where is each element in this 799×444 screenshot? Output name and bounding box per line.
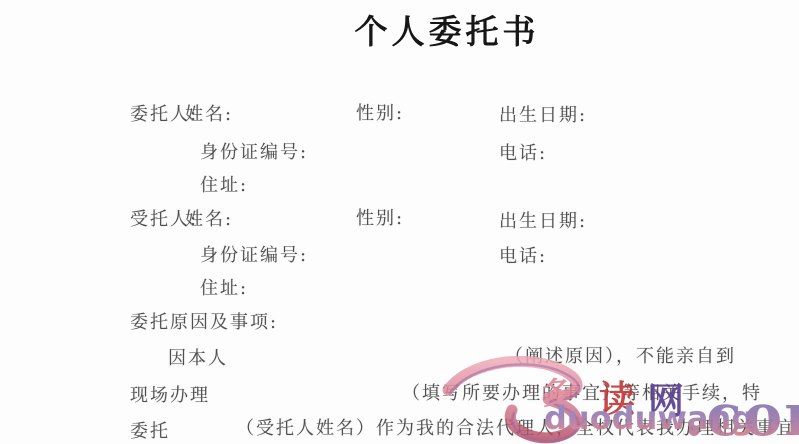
trustee-id-number-label: 身份证编号:: [200, 241, 308, 267]
matters-line1-lead: 因本人: [168, 344, 228, 370]
trustee-birthdate-label: 出生日期:: [499, 207, 587, 233]
principal-birthdate-label: 出生日期:: [499, 101, 587, 127]
principal-name-label: 姓名:: [185, 100, 233, 126]
power-of-attorney-document: 个人委托书 委托人: 姓名: 性别: 出生日期: 身份证编号: 电话: 住址: …: [0, 0, 799, 444]
trustee-gender-label: 性别:: [356, 204, 404, 230]
matters-heading: 委托原因及事项:: [130, 308, 278, 334]
trustee-name-label: 姓名:: [185, 205, 233, 231]
document-title: 个人委托书: [0, 6, 799, 53]
principal-id-number-label: 身份证编号:: [200, 138, 308, 164]
trustee-phone-label: 电话:: [499, 242, 547, 268]
matters-line2-tail: （填写所要办理的事宜）等相关手续，特: [402, 379, 762, 405]
principal-address-label: 住址:: [200, 171, 248, 197]
principal-gender-label: 性别:: [356, 99, 404, 125]
trustee-address-label: 住址:: [200, 274, 248, 300]
principal-phone-label: 电话:: [499, 139, 547, 165]
matters-line3-lead: 委托: [130, 417, 170, 443]
matters-line3-tail: （受托人姓名）作为我的合法代理人，全权代表我办理相关事宜: [236, 414, 796, 440]
matters-line2-lead: 现场办理: [130, 381, 210, 407]
matters-line1-tail: （阐述原因），不能亲自到: [505, 342, 736, 368]
